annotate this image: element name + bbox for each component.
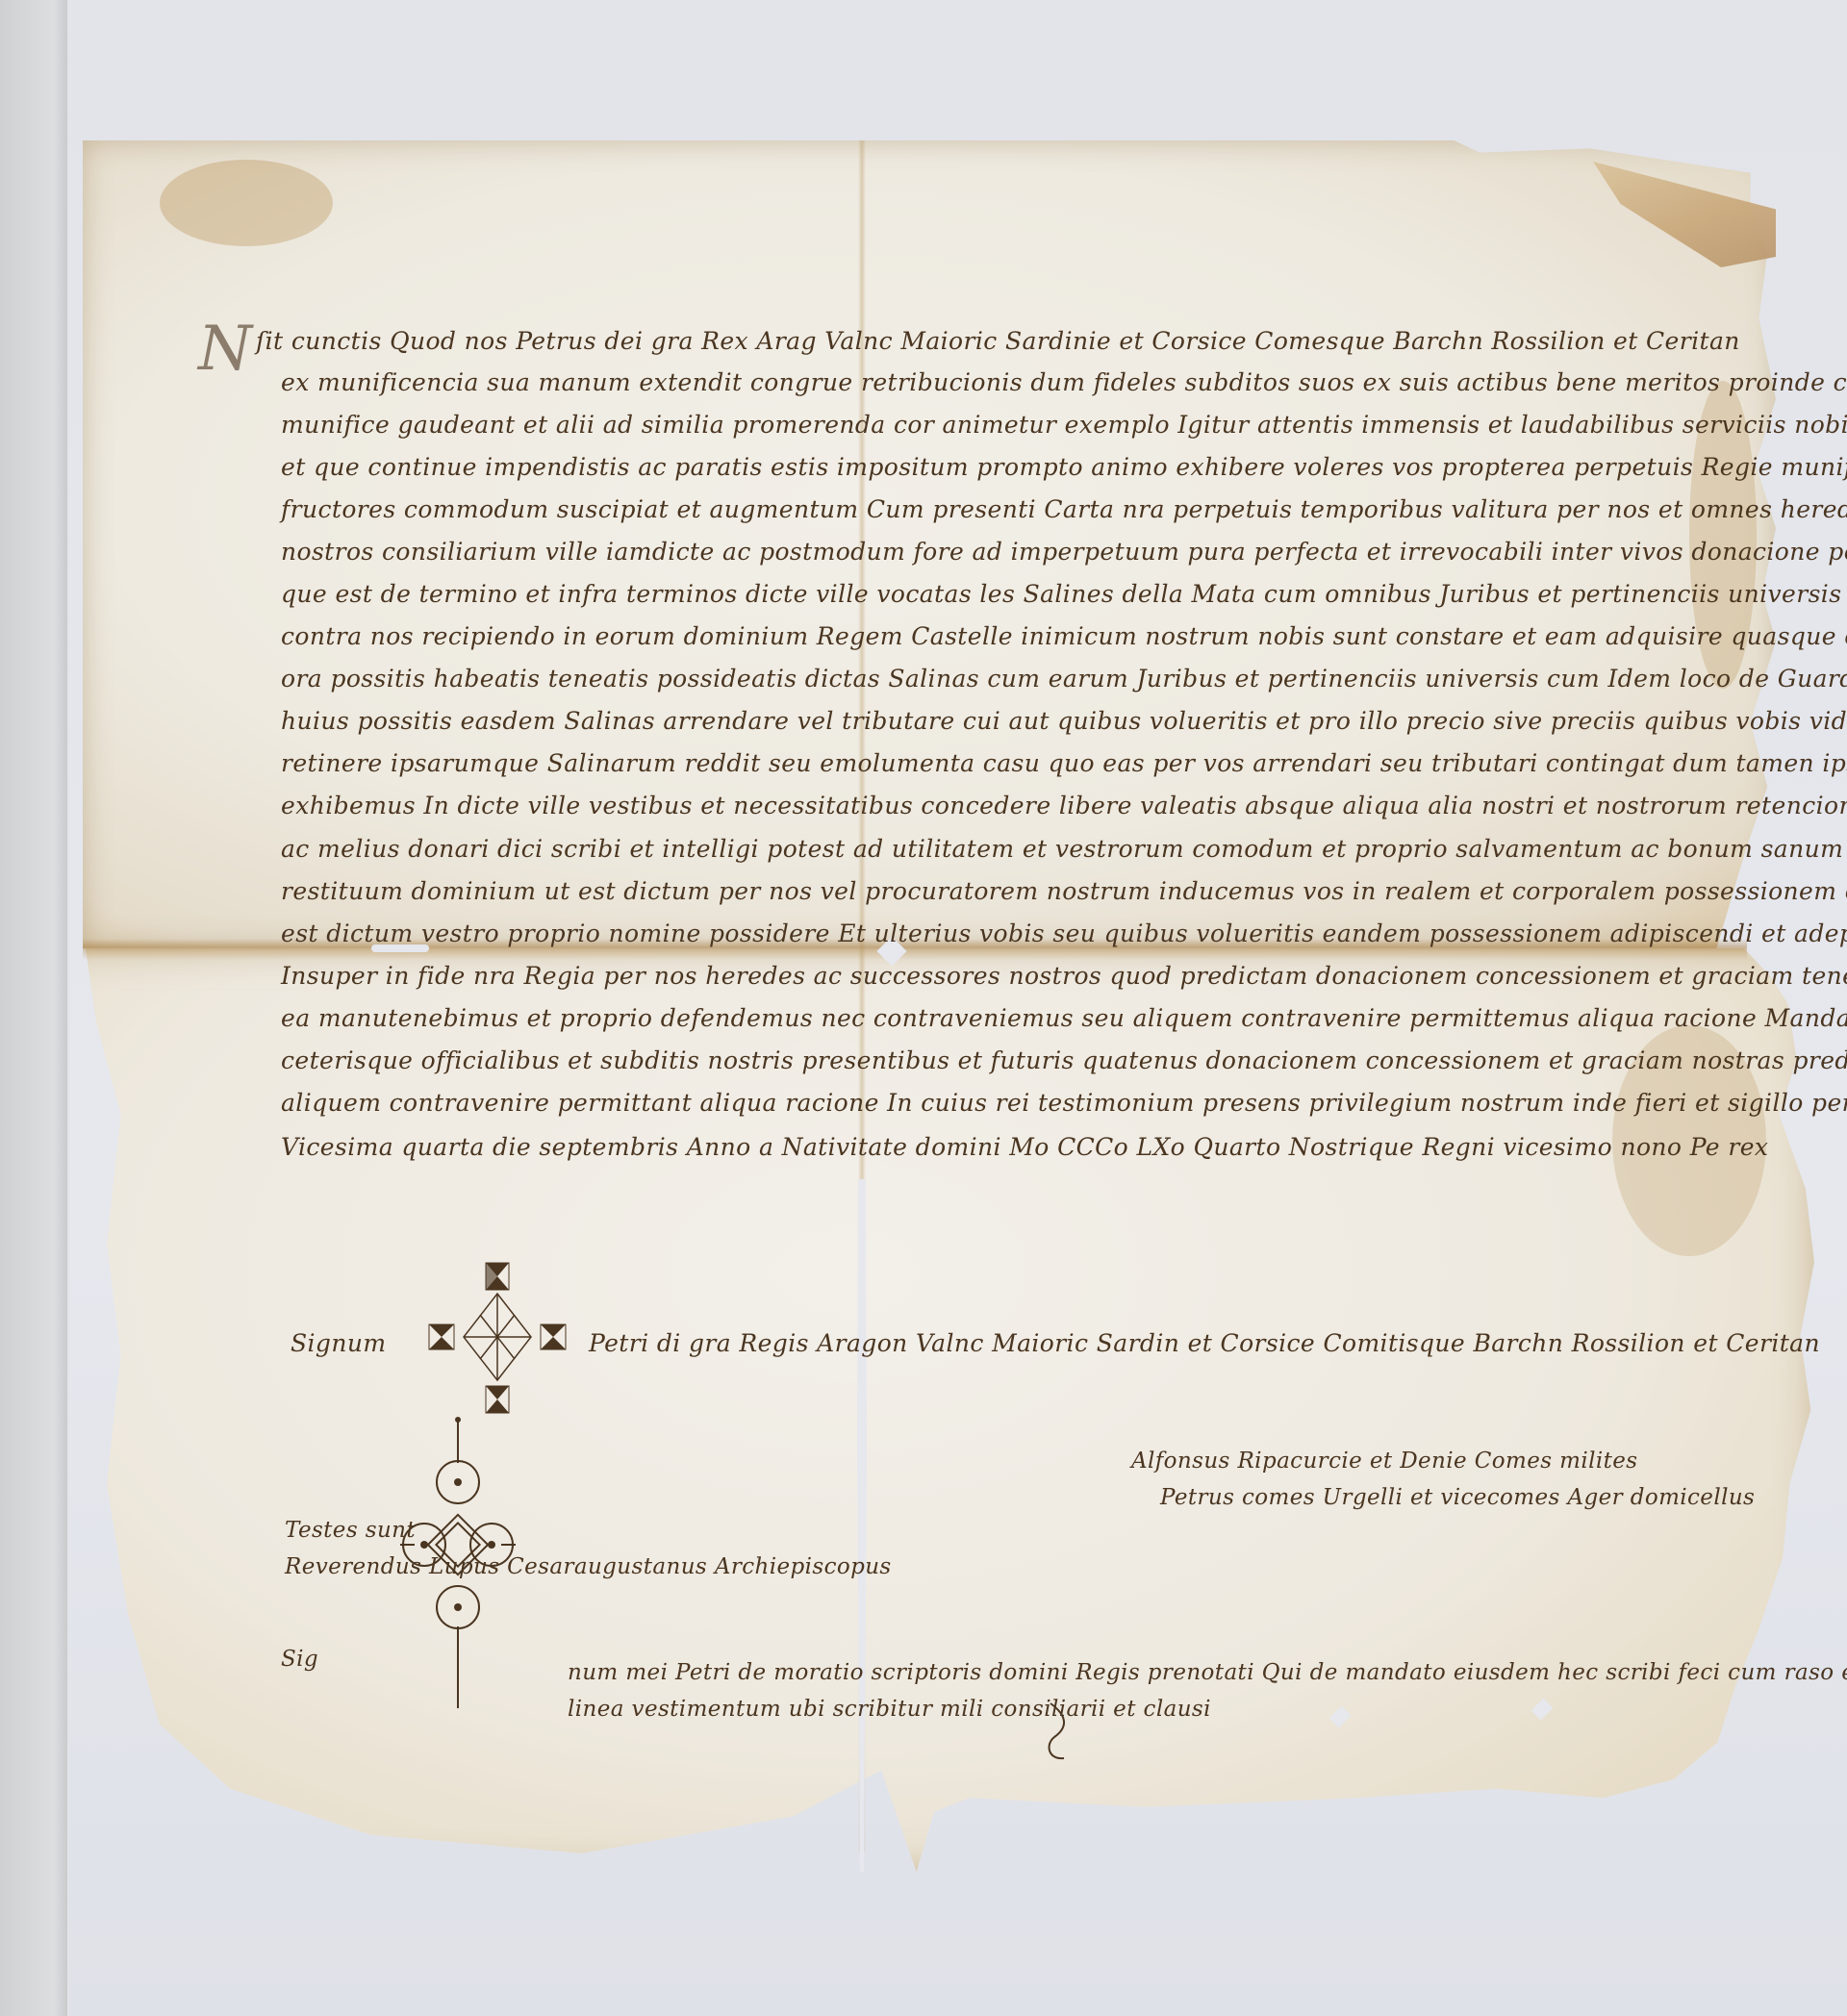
text-line-15: est dictum vestro proprio nomine posside… (281, 920, 1847, 947)
dating-clause: Vicesima quarta die septembris Anno a Na… (281, 1133, 1768, 1161)
text-line-4: et que continue impendistis ac paratis e… (281, 453, 1847, 481)
paraph-flourish-icon (1043, 1699, 1072, 1766)
text-line-1: ſit cunctis Quod nos Petrus dei gra Rex … (256, 327, 1740, 355)
text-line-14: restituum dominium ut est dictum per nos… (281, 877, 1847, 905)
text-line-18: ceterisque officialibus et subditis nost… (281, 1046, 1847, 1074)
signum-text: Petri di gra Regis Aragon Valnc Maioric … (589, 1329, 1820, 1357)
text-line-6: nostros consiliarium ville iamdicte ac p… (281, 538, 1847, 566)
signum-label: Signum (291, 1329, 386, 1357)
text-line-12: exhibemus In dicte ville vestibus et nec… (281, 792, 1847, 819)
text-line-3: munifice gaudeant et alii ad similia pro… (281, 411, 1847, 439)
witness-archbishop: Reverendus Lupus Cesaraugustanus Archiep… (285, 1554, 892, 1579)
notary-mark-label: Sig (281, 1647, 318, 1672)
text-line-2: ex munificencia sua manum extendit congr… (281, 368, 1847, 396)
text-line-17: ea manutenebimus et proprio defendemus n… (281, 1004, 1847, 1032)
text-line-5: fructores commodum suscipiat et augmentu… (281, 495, 1847, 523)
notary-subscription-line-1: num mei Petri de moratio scriptoris domi… (568, 1660, 1847, 1685)
text-line-7: que est de termino et infra terminos dic… (281, 580, 1847, 608)
text-line-9: ora possitis habeatis teneatis possideat… (281, 665, 1847, 693)
witness-2: Petrus comes Urgelli et vicecomes Ager d… (1160, 1485, 1755, 1510)
notary-knot-sign-icon (400, 1391, 516, 1708)
parchment-charter: N ſit cunctis Quod nos Petrus dei gra Re… (54, 140, 1814, 1872)
text-line-16: Insuper in fide nra Regia per nos herede… (281, 962, 1847, 990)
text-line-8: contra nos recipiendo in eorum dominium … (281, 622, 1847, 650)
notary-subscription-line-2: linea vestimentum ubi scribitur mili con… (568, 1697, 1211, 1722)
text-line-11: retinere ipsarumque Salinarum reddit seu… (281, 749, 1847, 777)
decorated-initial: N (198, 314, 252, 385)
witness-1: Alfonsus Ripacurcie et Denie Comes milit… (1131, 1449, 1637, 1474)
charter-text: N ſit cunctis Quod nos Petrus dei gra Re… (54, 140, 1814, 1872)
witnesses-heading: Testes sunt (285, 1518, 416, 1543)
text-line-10: huius possitis easdem Salinas arrendare … (281, 707, 1847, 735)
text-line-13: ac melius donari dici scribi et intellig… (281, 835, 1847, 863)
text-line-19: aliquem contravenire permittant aliqua r… (281, 1089, 1847, 1117)
